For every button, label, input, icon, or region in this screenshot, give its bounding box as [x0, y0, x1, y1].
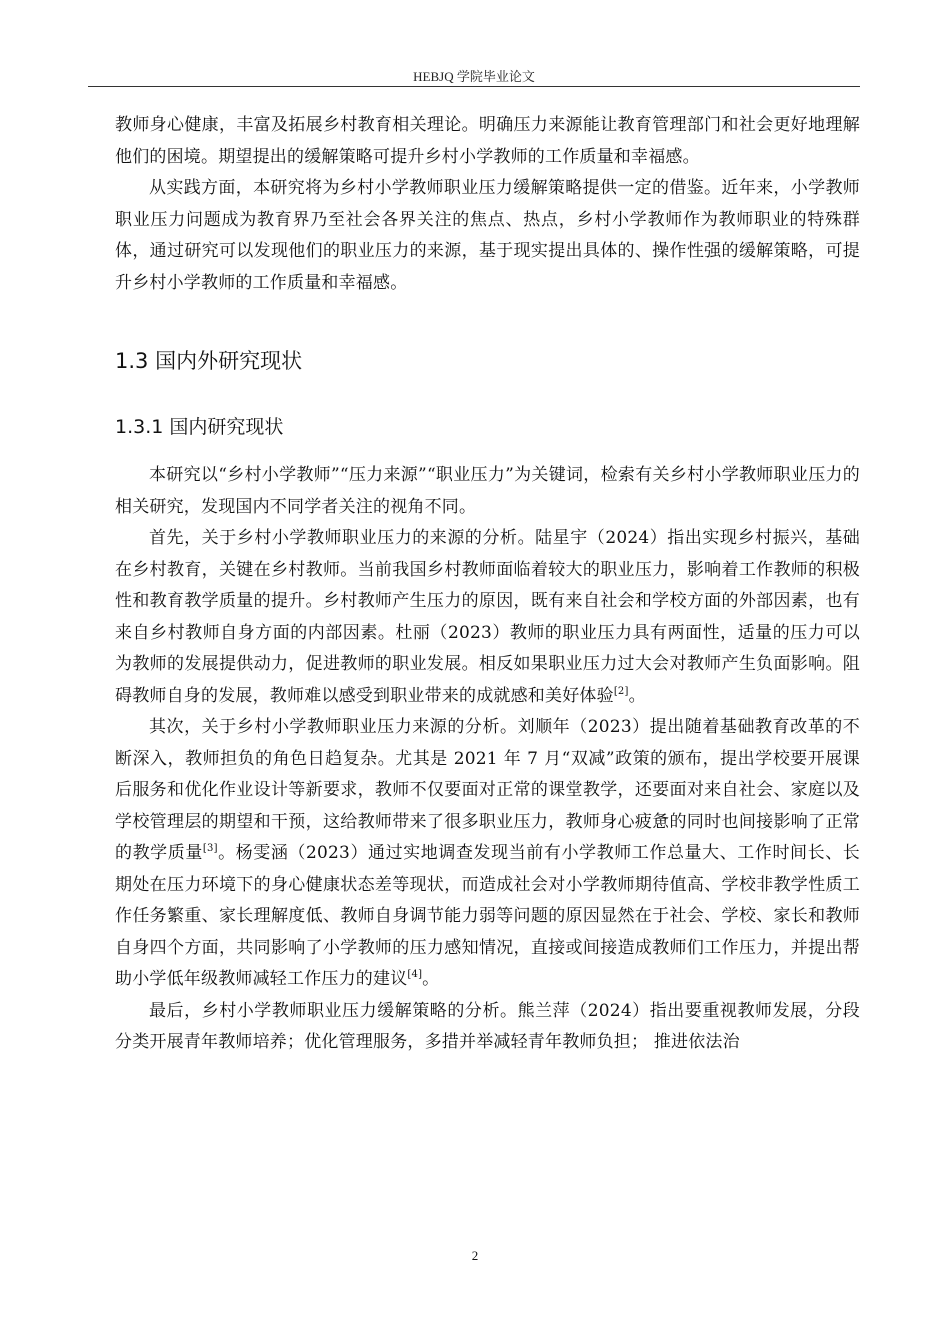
paragraph: 教师身心健康，丰富及拓展乡村教育相关理论。明确压力来源能让教育管理部门和社会更好… [115, 110, 860, 173]
page-number: 2 [0, 1248, 950, 1264]
citation-ref: [4] [407, 969, 422, 980]
paragraph-text: 首先，关于乡村小学教师职业压力的来源的分析。陆星宇（2024）指出实现乡村振兴，… [115, 528, 860, 706]
intro-paragraphs: 教师身心健康，丰富及拓展乡村教育相关理论。明确压力来源能让教育管理部门和社会更好… [115, 110, 860, 299]
domestic-research-body: 本研究以“乡村小学教师”“压力来源”“职业压力”为关键词，检索有关乡村小学教师职… [115, 460, 860, 1059]
header-title: HEBJQ 学院毕业论文 [88, 66, 860, 85]
subsection-heading: 1.3.1 国内研究现状 [115, 412, 283, 439]
citation-ref: [3] [203, 843, 218, 854]
header-divider [88, 86, 860, 87]
section-heading: 1.3 国内外研究现状 [115, 345, 302, 375]
paragraph: 首先，关于乡村小学教师职业压力的来源的分析。陆星宇（2024）指出实现乡村振兴，… [115, 523, 860, 712]
paragraph: 最后，乡村小学教师职业压力缓解策略的分析。熊兰萍（2024）指出要重视教师发展，… [115, 996, 860, 1059]
paragraph: 本研究以“乡村小学教师”“压力来源”“职业压力”为关键词，检索有关乡村小学教师职… [115, 460, 860, 523]
paragraph: 其次，关于乡村小学教师职业压力来源的分析。刘顺年（2023）提出随着基础教育改革… [115, 712, 860, 996]
paragraph-text: 。杨雯涵（2023）通过实地调查发现当前有小学教师工作总量大、工作时间长、长期处… [115, 843, 860, 989]
paragraph: 从实践方面，本研究将为乡村小学教师职业压力缓解策略提供一定的借鉴。近年来，小学教… [115, 173, 860, 299]
paragraph-text: 其次，关于乡村小学教师职业压力来源的分析。刘顺年（2023）提出随着基础教育改革… [115, 717, 860, 863]
punctuation: 。 [629, 686, 646, 706]
punctuation: 。 [422, 969, 439, 989]
citation-ref: [2] [614, 686, 629, 697]
